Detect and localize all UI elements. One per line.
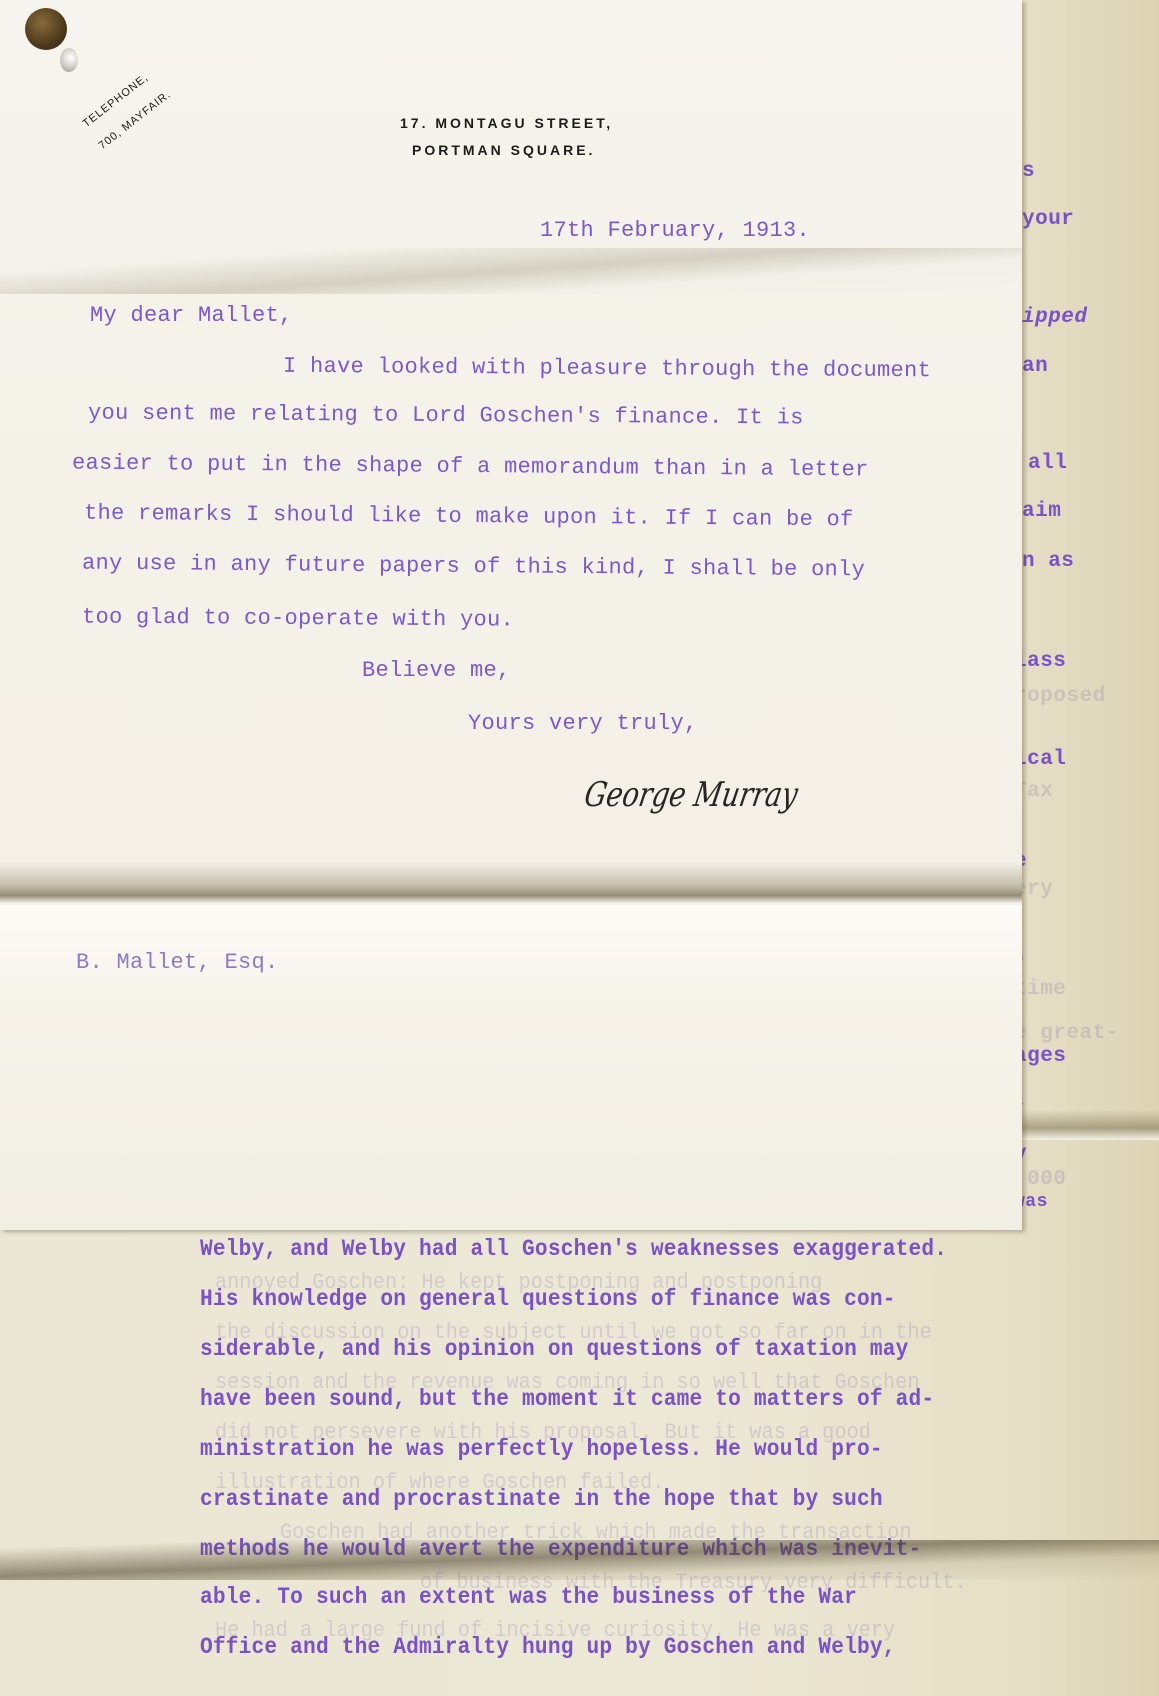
handwritten-signature: George Murray [581, 775, 800, 815]
memorandum-line: have been sound, but the moment it came … [200, 1386, 934, 1412]
letter-body-line: the remarks I should like to make upon i… [84, 501, 854, 533]
letter-closing: Believe me, [362, 658, 511, 683]
punched-hole-icon [60, 48, 78, 72]
underlying-fragment: n as [1022, 550, 1074, 573]
paper-fold-crease [0, 862, 1022, 904]
underlying-fragment: an [1022, 355, 1048, 378]
letter-valediction: Yours very truly, [468, 711, 698, 736]
memorandum-line: Welby, and Welby had all Goschen's weakn… [200, 1236, 947, 1262]
memorandum-line: His knowledge on general questions of fi… [200, 1286, 896, 1312]
letter-body-line: too glad to co-operate with you. [82, 604, 514, 632]
letterhead-address-line1: 17. MONTAGU STREET, [400, 115, 613, 131]
letterhead-address-line2: PORTMAN SQUARE. [412, 142, 595, 158]
underlying-fragment: all [1028, 452, 1067, 475]
letter-addressee: B. Mallet, Esq. [76, 950, 279, 975]
letter-body-line: any use in any future papers of this kin… [82, 551, 865, 583]
underlying-fragment: s [1022, 160, 1035, 183]
memorandum-line: ministration he was perfectly hopeless. … [200, 1436, 883, 1462]
underlying-fragment: your [1022, 208, 1074, 231]
paper-fold-crease [0, 248, 1022, 294]
letter-body-line: easier to put in the shape of a memorand… [72, 451, 869, 483]
letter-date: 17th February, 1913. [540, 218, 810, 243]
paper-fold-crease [0, 1540, 1159, 1580]
letter-salutation: My dear Mallet, [90, 303, 293, 328]
underlying-fragment: aim [1022, 500, 1061, 523]
letter-body-line: I have looked with pleasure through the … [283, 354, 931, 384]
memorandum-line: able. To such an extent was the business… [200, 1584, 857, 1610]
memorandum-line: crastinate and procrastinate in the hope… [200, 1486, 883, 1512]
memorandum-line: Office and the Admiralty hung up by Gosc… [200, 1634, 896, 1660]
memorandum-line: siderable, and his opinion on questions … [200, 1336, 909, 1362]
letter-body-line: you sent me relating to Lord Goschen's f… [88, 401, 804, 431]
underlying-ghost-fragment: e great- [1014, 1022, 1119, 1045]
underlying-ghost-fragment: roposed [1014, 685, 1106, 708]
letter-sheet: TELEPHONE, 700, MAYFAIR. 17. MONTAGU STR… [0, 0, 1022, 1230]
paper-fold-crease [1022, 1110, 1159, 1140]
underlying-fragment: ipped [1022, 306, 1088, 329]
brass-fastener-icon [25, 8, 67, 50]
